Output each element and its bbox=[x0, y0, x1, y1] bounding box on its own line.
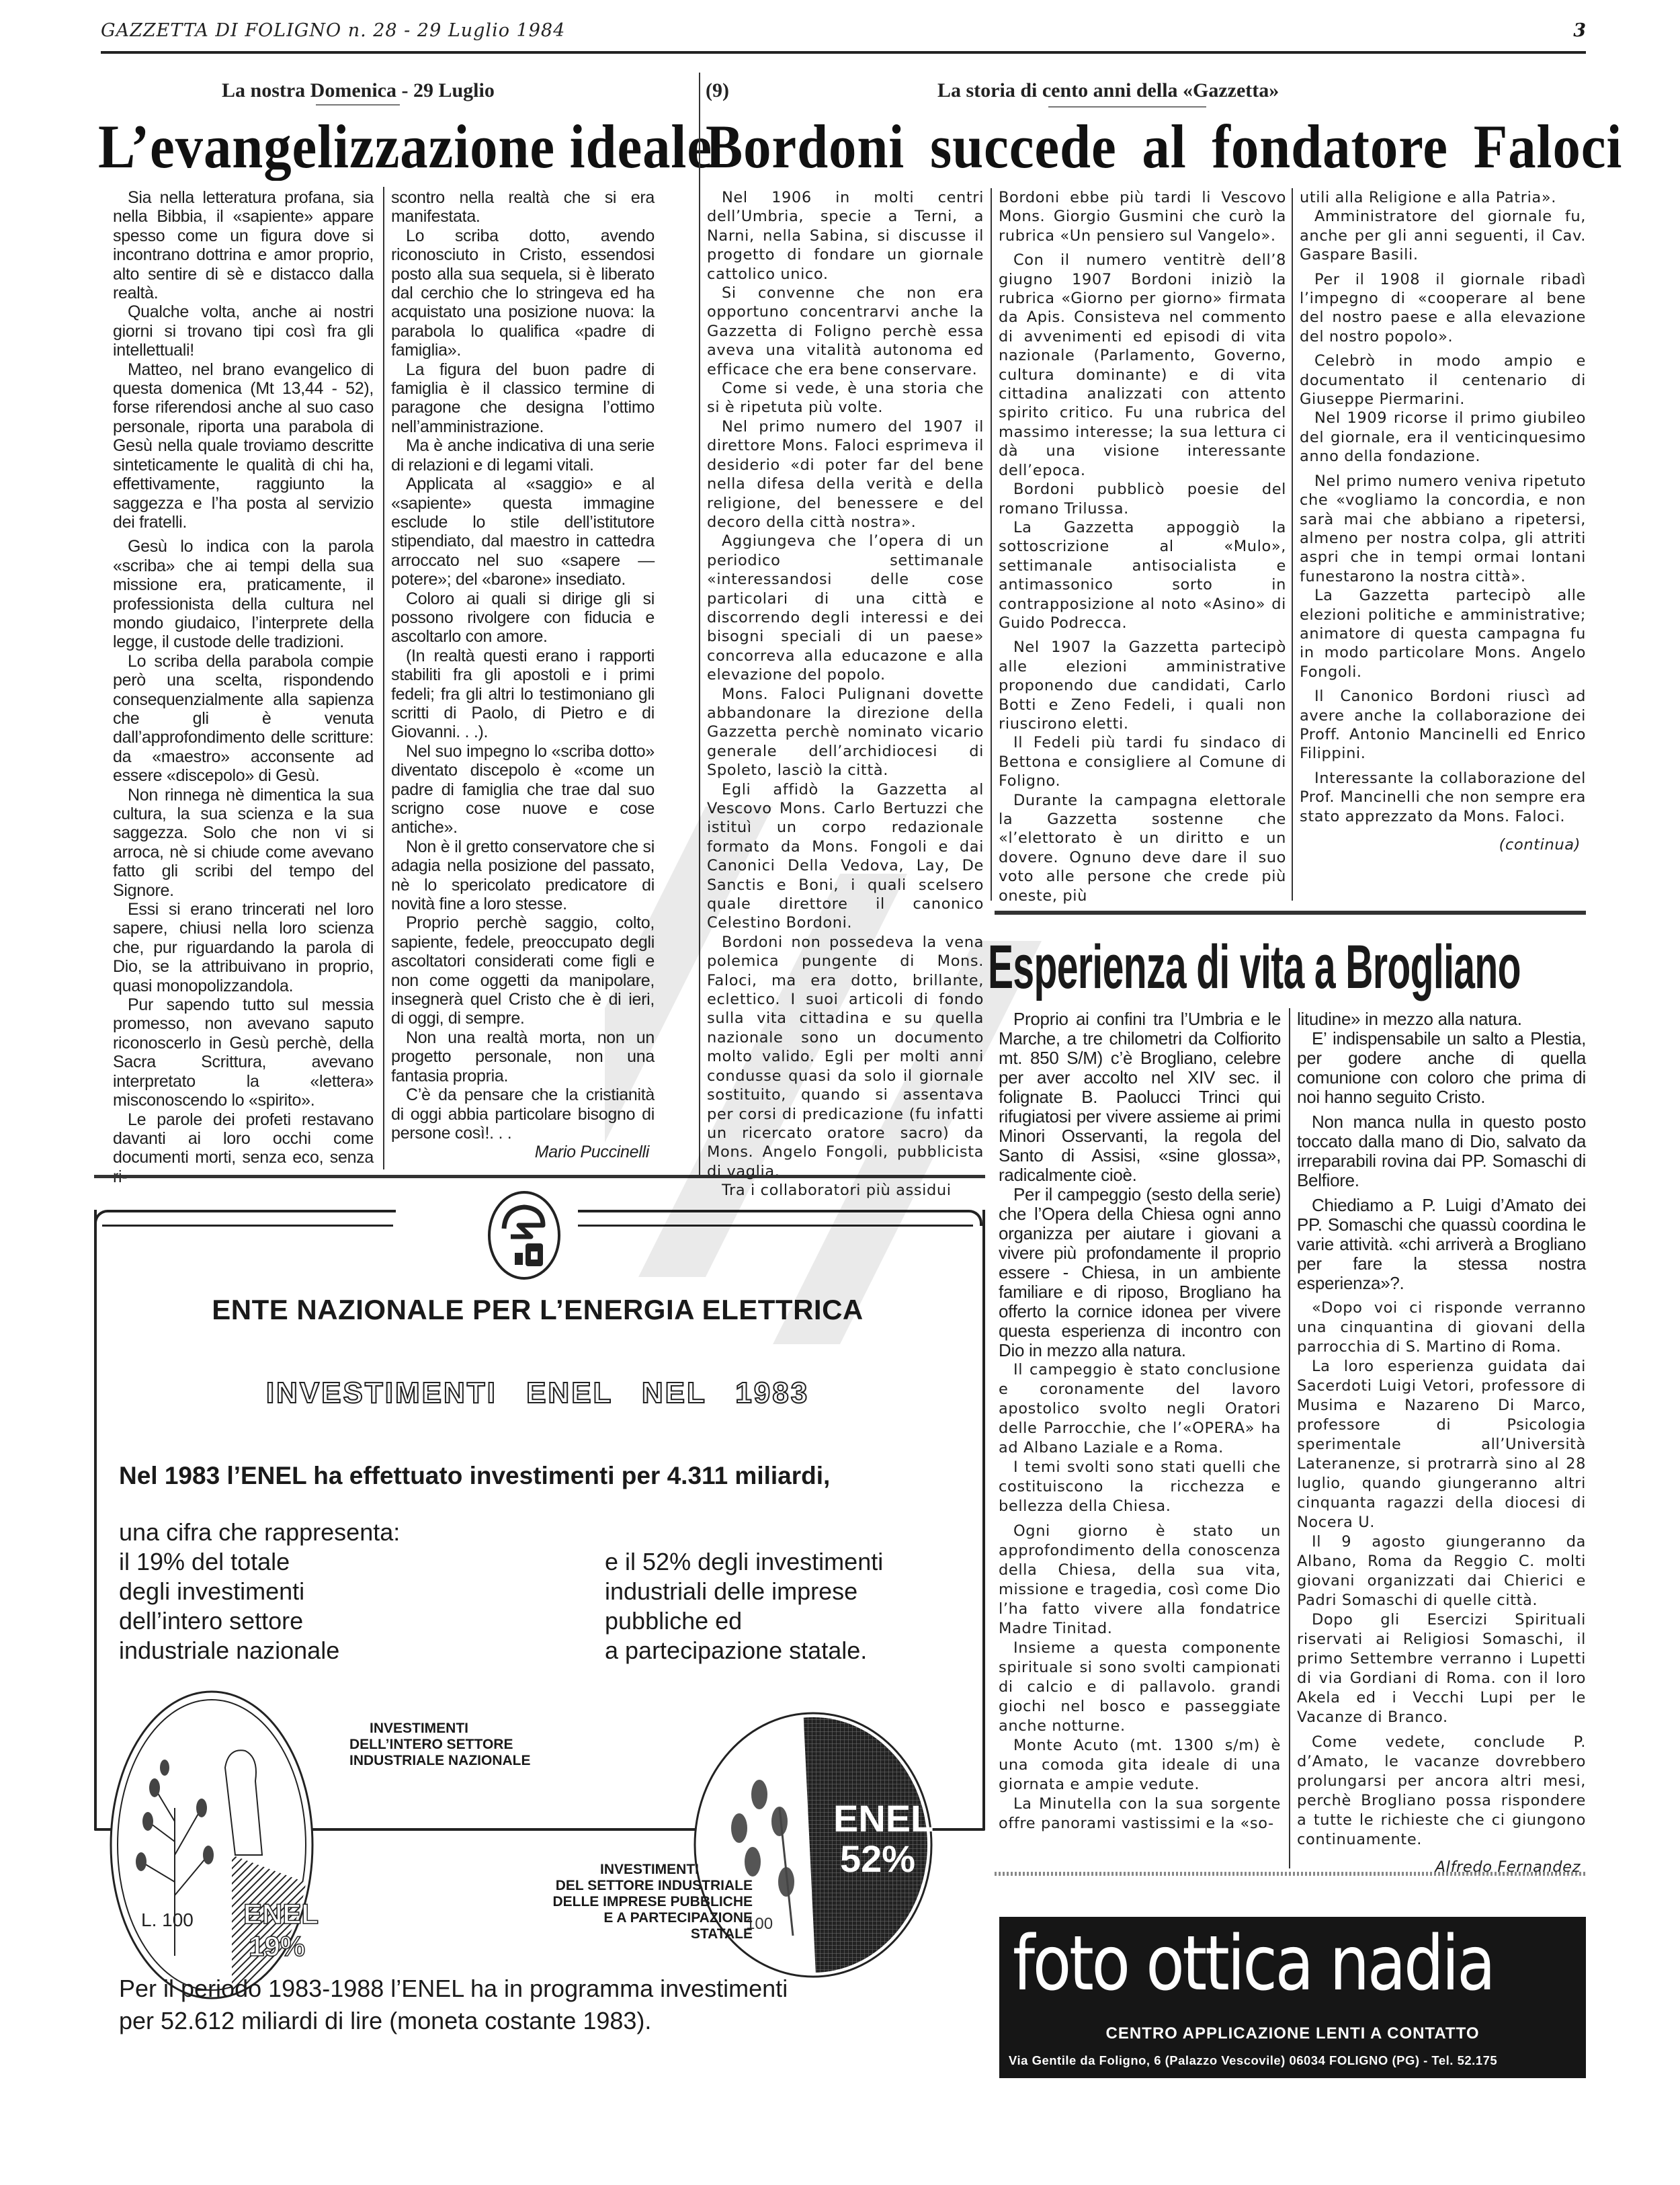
enel-logo-icon bbox=[484, 1188, 564, 1282]
paragraph: «Dopo voi ci risponde verranno una cinqu… bbox=[1297, 1298, 1586, 1357]
paragraph: Per il 1908 il giornale ribadì l’impegno… bbox=[1300, 270, 1586, 347]
paragraph: Monte Acuto (mt. 1300 s/m) è una comoda … bbox=[999, 1736, 1281, 1795]
column-divider bbox=[1292, 188, 1293, 901]
paragraph: Applicata al «saggio» e al «sapiente» qu… bbox=[391, 475, 655, 589]
paragraph: Pur sapendo tutto sul messia promesso, n… bbox=[113, 995, 374, 1110]
paragraph: Matteo, nel brano evangelico di questa d… bbox=[113, 360, 374, 532]
ad-outline-title: INVESTIMENTI ENEL NEL 1983 bbox=[94, 1376, 981, 1410]
paragraph: Non è il gretto conservatore che si adag… bbox=[391, 837, 655, 914]
ad-text-line: industriale nazionale bbox=[119, 1636, 400, 1665]
paragraph: Tra i collaboratori più assidui bbox=[707, 1181, 984, 1200]
paragraph: Si convenne che non era opportuno concen… bbox=[707, 284, 984, 379]
paragraph: Gesù lo indica con la parola «scriba» ch… bbox=[113, 537, 374, 651]
paragraph: (In realtà questi erano i rapporti stabi… bbox=[391, 647, 655, 742]
ad-address: Via Gentile da Foligno, 6 (Palazzo Vesco… bbox=[1009, 2053, 1497, 2068]
ad-text-line: e il 52% degli investimenti bbox=[605, 1547, 883, 1577]
paragraph: Non una realtà morta, non un progetto pe… bbox=[391, 1028, 655, 1085]
paragraph: Mons. Faloci Pulignani dovette abbandona… bbox=[707, 685, 984, 780]
article-column-2: Bordoni ebbe più tardi li Vescovo Mons. … bbox=[999, 188, 1286, 905]
paragraph: Bordoni pubblicò poesie del romano Trilu… bbox=[999, 480, 1286, 518]
paragraph: Con il numero ventitrè dell’8 giugno 190… bbox=[999, 251, 1286, 480]
paragraph: Il campeggio è stato conclusione e coron… bbox=[999, 1360, 1281, 1458]
paragraph: scontro nella realtà che si era manifest… bbox=[391, 188, 655, 226]
column-divider bbox=[991, 188, 992, 901]
paragraph: Egli affidò la Gazzetta al Vescovo Mons.… bbox=[707, 780, 984, 933]
paragraph: La Gazzetta partecipò alle elezioni poli… bbox=[1300, 586, 1586, 682]
paragraph: litudine» in mezzo alla natura. bbox=[1297, 1009, 1586, 1029]
article-headline: L’evangelizzazione ideale bbox=[98, 116, 712, 177]
paragraph: Essi si erano trincerati nel loro sapere… bbox=[113, 900, 374, 995]
article-column-3: utili alla Religione e alla Patria». Amm… bbox=[1300, 188, 1586, 854]
section-rule bbox=[995, 1872, 1586, 1876]
paragraph: Il 9 agosto giungeranno da Albano, Roma … bbox=[1297, 1532, 1586, 1610]
paragraph: utili alla Religione e alla Patria». bbox=[1300, 188, 1586, 207]
running-head: GAZZETTA DI FOLIGNO n. 28 - 29 Luglio 19… bbox=[101, 20, 565, 41]
paragraph: Non manca nulla in questo posto toccato … bbox=[1297, 1112, 1586, 1190]
kicker-rule bbox=[316, 104, 400, 106]
article-divider bbox=[699, 73, 700, 1176]
paragraph: I temi svolti sono stati quelli che cost… bbox=[999, 1458, 1281, 1516]
section-rule bbox=[94, 1175, 985, 1178]
article-column-1: Sia nella letteratura profana, sia nella… bbox=[113, 188, 374, 1186]
svg-text:ENEL: ENEL bbox=[243, 1898, 319, 1930]
paragraph: Come si vede, è una storia che si è ripe… bbox=[707, 379, 984, 417]
paragraph: Durante la campagna elettorale la Gazzet… bbox=[999, 791, 1286, 905]
kicker-rule bbox=[1048, 106, 1206, 108]
paragraph: Proprio ai confini tra l’Umbria e le Mar… bbox=[999, 1009, 1281, 1185]
ad-left-text: una cifra che rappresenta: il 19% del to… bbox=[119, 1518, 400, 1665]
ad-footer: Per il periodo 1983-1988 l’ENEL ha in pr… bbox=[119, 1973, 788, 2037]
paragraph: C’è da pensare che la cristianità di ogg… bbox=[391, 1085, 655, 1143]
article-column-2: scontro nella realtà che si era manifest… bbox=[391, 188, 655, 1162]
paragraph: Aggiungeva che l’opera di un periodico s… bbox=[707, 532, 984, 684]
paragraph: Bordoni ebbe più tardi li Vescovo Mons. … bbox=[999, 188, 1286, 245]
svg-text:L. 100: L. 100 bbox=[141, 1909, 194, 1930]
label-line: E A PARTECIPAZIONE bbox=[491, 1910, 753, 1926]
article-byline: Mario Puccinelli bbox=[391, 1143, 655, 1161]
article-kicker: La nostra Domenica - 29 Luglio bbox=[222, 79, 495, 102]
paragraph: Lo scriba della parabola compie però una… bbox=[113, 652, 374, 786]
ad-foto-ottica: foto ottica nadia CENTRO APPLICAZIONE LE… bbox=[999, 1917, 1586, 2078]
paragraph: Interessante la collaborazione del Prof.… bbox=[1300, 769, 1586, 826]
paragraph: Il Fedeli più tardi fu sindaco di Betton… bbox=[999, 733, 1286, 790]
paragraph: La Gazzetta appoggiò la sottoscrizione a… bbox=[999, 518, 1286, 632]
ad-text-line: degli investimenti bbox=[119, 1577, 400, 1606]
ad-text-line: pubbliche ed bbox=[605, 1606, 883, 1636]
ad-right-text: e il 52% degli investimenti industriali … bbox=[605, 1547, 883, 1665]
paragraph: Nel primo numero veniva ripetuto che «vo… bbox=[1300, 472, 1586, 586]
label-line: INVESTIMENTI bbox=[349, 1721, 531, 1737]
paragraph: Lo scriba dotto, avendo riconosciuto in … bbox=[391, 226, 655, 360]
coin-19-percent-icon: L. 100 ENEL 19% bbox=[101, 1687, 323, 2003]
label-line: INDUSTRIALE NAZIONALE bbox=[349, 1753, 531, 1769]
ad-text-line: Per il periodo 1983-1988 l’ENEL ha in pr… bbox=[119, 1973, 788, 2005]
coin-right-label: INVESTIMENTI DEL SETTORE INDUSTRIALE DEL… bbox=[491, 1862, 753, 1942]
ad-text-line: il 19% del totale bbox=[119, 1547, 400, 1577]
label-line: DELL’INTERO SETTORE bbox=[349, 1737, 531, 1753]
article-column-2: litudine» in mezzo alla natura. E’ indis… bbox=[1297, 1009, 1586, 1877]
continued-label: (continua) bbox=[1300, 835, 1586, 854]
ad-lead: Nel 1983 l’ENEL ha effettuato investimen… bbox=[119, 1462, 830, 1490]
column-divider bbox=[1289, 1008, 1290, 1868]
paragraph: Il Canonico Bordoni riuscì ad avere anch… bbox=[1300, 687, 1586, 764]
paragraph: La figura del buon padre di famiglia è i… bbox=[391, 360, 655, 437]
article-column-1: Nel 1906 in molti centri dell’Umbria, sp… bbox=[707, 188, 984, 1200]
paragraph: La loro esperienza guidata dai Sacerdoti… bbox=[1297, 1357, 1586, 1532]
label-line: DELLE IMPRESE PUBBLICHE bbox=[491, 1894, 753, 1910]
paragraph: Celebrò in modo ampio e documentato il c… bbox=[1300, 352, 1586, 409]
paragraph: Come vedete, conclude P. d’Amato, le vac… bbox=[1297, 1733, 1586, 1850]
ad-text-line: a partecipazione statale. bbox=[605, 1636, 883, 1665]
label-line: DEL SETTORE INDUSTRIALE bbox=[491, 1878, 753, 1894]
paragraph: Coloro ai quali si dirige gli si possono… bbox=[391, 589, 655, 647]
paragraph: Nel primo numero del 1907 il direttore M… bbox=[707, 417, 984, 532]
paragraph: E’ indispensabile un salto a Plestia, pe… bbox=[1297, 1029, 1586, 1107]
paragraph: Per il campeggio (sesto della serie) che… bbox=[999, 1185, 1281, 1360]
article-kicker: La storia di cento anni della «Gazzetta» bbox=[937, 79, 1279, 102]
paragraph: Chiediamo a P. Luigi d’Amato dei PP. Som… bbox=[1297, 1196, 1586, 1293]
svg-text:ENEL: ENEL bbox=[833, 1797, 933, 1840]
paragraph: Non rinnega nè dimentica la sua cultura,… bbox=[113, 786, 374, 900]
section-rule bbox=[995, 911, 1586, 915]
label-line: INVESTIMENTI bbox=[491, 1862, 753, 1878]
paragraph: Sia nella letteratura profana, sia nella… bbox=[113, 188, 374, 302]
paragraph: Nel 1909 ricorse il primo giubileo del g… bbox=[1300, 409, 1586, 466]
paragraph: La Minutella con la sua sorgente offre p… bbox=[999, 1795, 1281, 1833]
paragraph: Nel suo impegno lo «scriba dotto» divent… bbox=[391, 742, 655, 837]
paragraph: Dopo gli Esercizi Spirituali riservati a… bbox=[1297, 1610, 1586, 1727]
paragraph: Amministratore del giornale fu, anche pe… bbox=[1300, 207, 1586, 264]
svg-text:19%: 19% bbox=[249, 1930, 305, 1962]
ad-tagline: CENTRO APPLICAZIONE LENTI A CONTATTO bbox=[999, 2024, 1586, 2043]
paragraph: Ma è anche indicativa di una serie di re… bbox=[391, 436, 655, 475]
paragraph: Qualche volta, anche ai nostri giorni si… bbox=[113, 302, 374, 360]
article-headline: Esperienza di vita a Brogliano bbox=[988, 936, 1359, 998]
ad-brand: foto ottica nadia bbox=[1013, 1926, 1493, 2002]
paragraph: Bordoni non possedeva la vena polemica p… bbox=[707, 933, 984, 1181]
ad-text-line: industriali delle imprese bbox=[605, 1577, 883, 1606]
paragraph: Insieme a questa componente spirituale s… bbox=[999, 1639, 1281, 1736]
column-divider bbox=[383, 187, 384, 1169]
ad-text-line: per 52.612 miliardi di lire (moneta cost… bbox=[119, 2005, 788, 2037]
paragraph: Nel 1906 in molti centri dell’Umbria, sp… bbox=[707, 188, 984, 284]
coin-left-label: INVESTIMENTI DELL’INTERO SETTORE INDUSTR… bbox=[349, 1721, 531, 1769]
ad-text-line: una cifra che rappresenta: bbox=[119, 1518, 400, 1547]
series-number: (9) bbox=[706, 79, 729, 102]
paragraph: Ogni giorno è stato un approfondimento d… bbox=[999, 1522, 1281, 1639]
page-number: 3 bbox=[1573, 20, 1586, 41]
paragraph: Proprio perchè saggio, colto, sapiente, … bbox=[391, 913, 655, 1028]
label-line: STATALE bbox=[491, 1926, 753, 1942]
paragraph: Nel 1907 la Gazzetta partecipò alle elez… bbox=[999, 638, 1286, 733]
article-headline: Bordoni succede al fondatore Faloci bbox=[706, 116, 1622, 177]
top-rule bbox=[101, 51, 1586, 54]
ad-text-line: dell’intero settore bbox=[119, 1606, 400, 1636]
article-column-1: Proprio ai confini tra l’Umbria e le Mar… bbox=[999, 1009, 1281, 1833]
ad-title: ENTE NAZIONALE PER L’ENERGIA ELETTRICA bbox=[94, 1294, 981, 1326]
svg-text:52%: 52% bbox=[840, 1838, 915, 1880]
coin-52-percent-icon: 100 ENEL 52% bbox=[679, 1707, 941, 1989]
